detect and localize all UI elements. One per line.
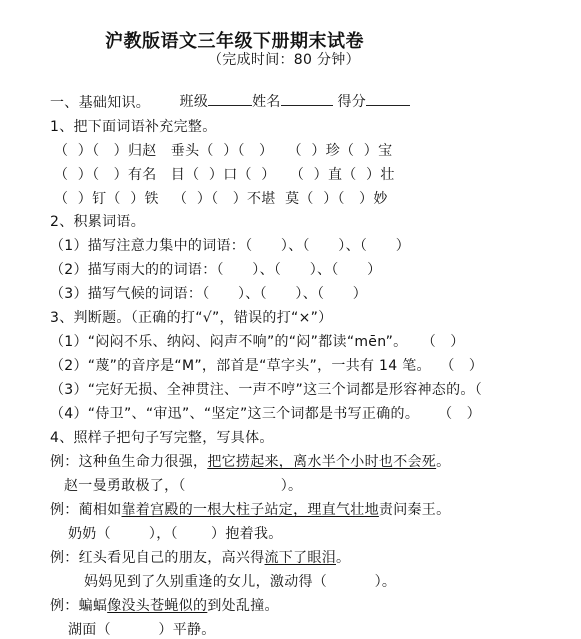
class-field[interactable] — [208, 91, 252, 106]
example-sentence: 例：蝙蝠像没头苍蝇似的到处乱撞。 — [50, 597, 279, 615]
task-sentence[interactable]: 赵一曼勇敢极了，（ ）。 — [64, 477, 302, 495]
section-heading: 一、基础知识。 — [50, 94, 150, 112]
judge-item[interactable]: （1）“闷闷不乐、纳闷、闷声不响”的“闷”都读“mēn”。 （ ） — [50, 333, 465, 351]
page-title: 沪教版语文三年级下册期末试卷 — [0, 27, 581, 53]
example-text: 责问秦王。 — [379, 502, 451, 518]
example-sentence: 例：蔺相如靠着宫殿的一根大柱子站定，理直气壮地责问秦王。 — [50, 501, 450, 519]
question-heading: 4、照样子把句子写完整，写具体。 — [50, 429, 274, 447]
task-sentence[interactable]: 湖面（ ）平静。 — [68, 621, 216, 639]
example-underlined: 流下了眼泪 — [265, 550, 337, 566]
example-text: 到处乱撞。 — [207, 598, 279, 614]
example-underlined: 像没头苍蝇似的 — [107, 598, 207, 614]
question-heading: 3、判断题。（正确的打“√”，错误的打“×”） — [50, 309, 332, 327]
example-text: 。 — [436, 454, 450, 470]
name-field[interactable] — [281, 91, 333, 106]
judge-item[interactable]: （4）“侍卫”、“审迅”、“坚定”这三个词都是书写正确的。 （ ） — [50, 405, 481, 423]
judge-item[interactable]: （3）“完好无损、全神贯注、一声不哼”这三个词都是形容神态的。（ — [50, 381, 482, 399]
task-sentence[interactable]: 奶奶（ ），（ ）抱着我。 — [68, 525, 283, 543]
example-sentence: 例：红头看见自己的朋友，高兴得流下了眼泪。 — [50, 549, 350, 567]
judge-item[interactable]: （2）“蔑”的音序是“M”，部首是“草字头”，一共有 14 笔。 （ ） — [50, 357, 483, 375]
name-label: 姓名 — [252, 94, 281, 110]
question-heading: 2、积累词语。 — [50, 213, 145, 231]
time-note: （完成时间：80 分钟） — [208, 51, 360, 69]
example-text: 例：红头看见自己的朋友，高兴得 — [50, 550, 265, 566]
vocab-item[interactable]: （1）描写注意力集中的词语：（ ）、（ ）、（ ） — [50, 237, 410, 255]
task-sentence[interactable]: 妈妈见到了久别重逢的女儿，激动得（ ）。 — [84, 573, 396, 591]
example-text: 例：蝙蝠 — [50, 598, 107, 614]
class-label: 班级 — [180, 94, 209, 110]
fill-row[interactable]: （ ）钉（ ）铁 （ ）（ ）不堪 莫（ ）（ ）妙 — [54, 190, 388, 208]
vocab-item[interactable]: （3）描写气候的词语：（ ）、（ ）、（ ） — [50, 285, 367, 303]
student-info-row: 班级姓名 得分 — [170, 73, 410, 111]
example-underlined: 靠着宫殿的一根大柱子站定，理直气壮地 — [122, 502, 379, 518]
example-underlined: 把它捞起来，离水半个小时也不会死 — [207, 454, 436, 470]
score-label: 得分 — [338, 94, 367, 110]
fill-row[interactable]: （ ）（ ）有名 目（ ）口（ ） （ ）直（ ）壮 — [54, 166, 395, 184]
fill-row[interactable]: （ ）（ ）归赵 垂头（ ）（ ） （ ）珍（ ）宝 — [54, 142, 392, 160]
score-field[interactable] — [366, 91, 410, 106]
example-text: 例：蔺相如 — [50, 502, 122, 518]
question-heading: 1、把下面词语补充完整。 — [50, 118, 217, 136]
vocab-item[interactable]: （2）描写雨大的的词语：（ ）、（ ）、（ ） — [50, 261, 381, 279]
example-text: 例：这种鱼生命力很强， — [50, 454, 207, 470]
example-text: 。 — [336, 550, 350, 566]
example-sentence: 例：这种鱼生命力很强，把它捞起来，离水半个小时也不会死。 — [50, 453, 450, 471]
